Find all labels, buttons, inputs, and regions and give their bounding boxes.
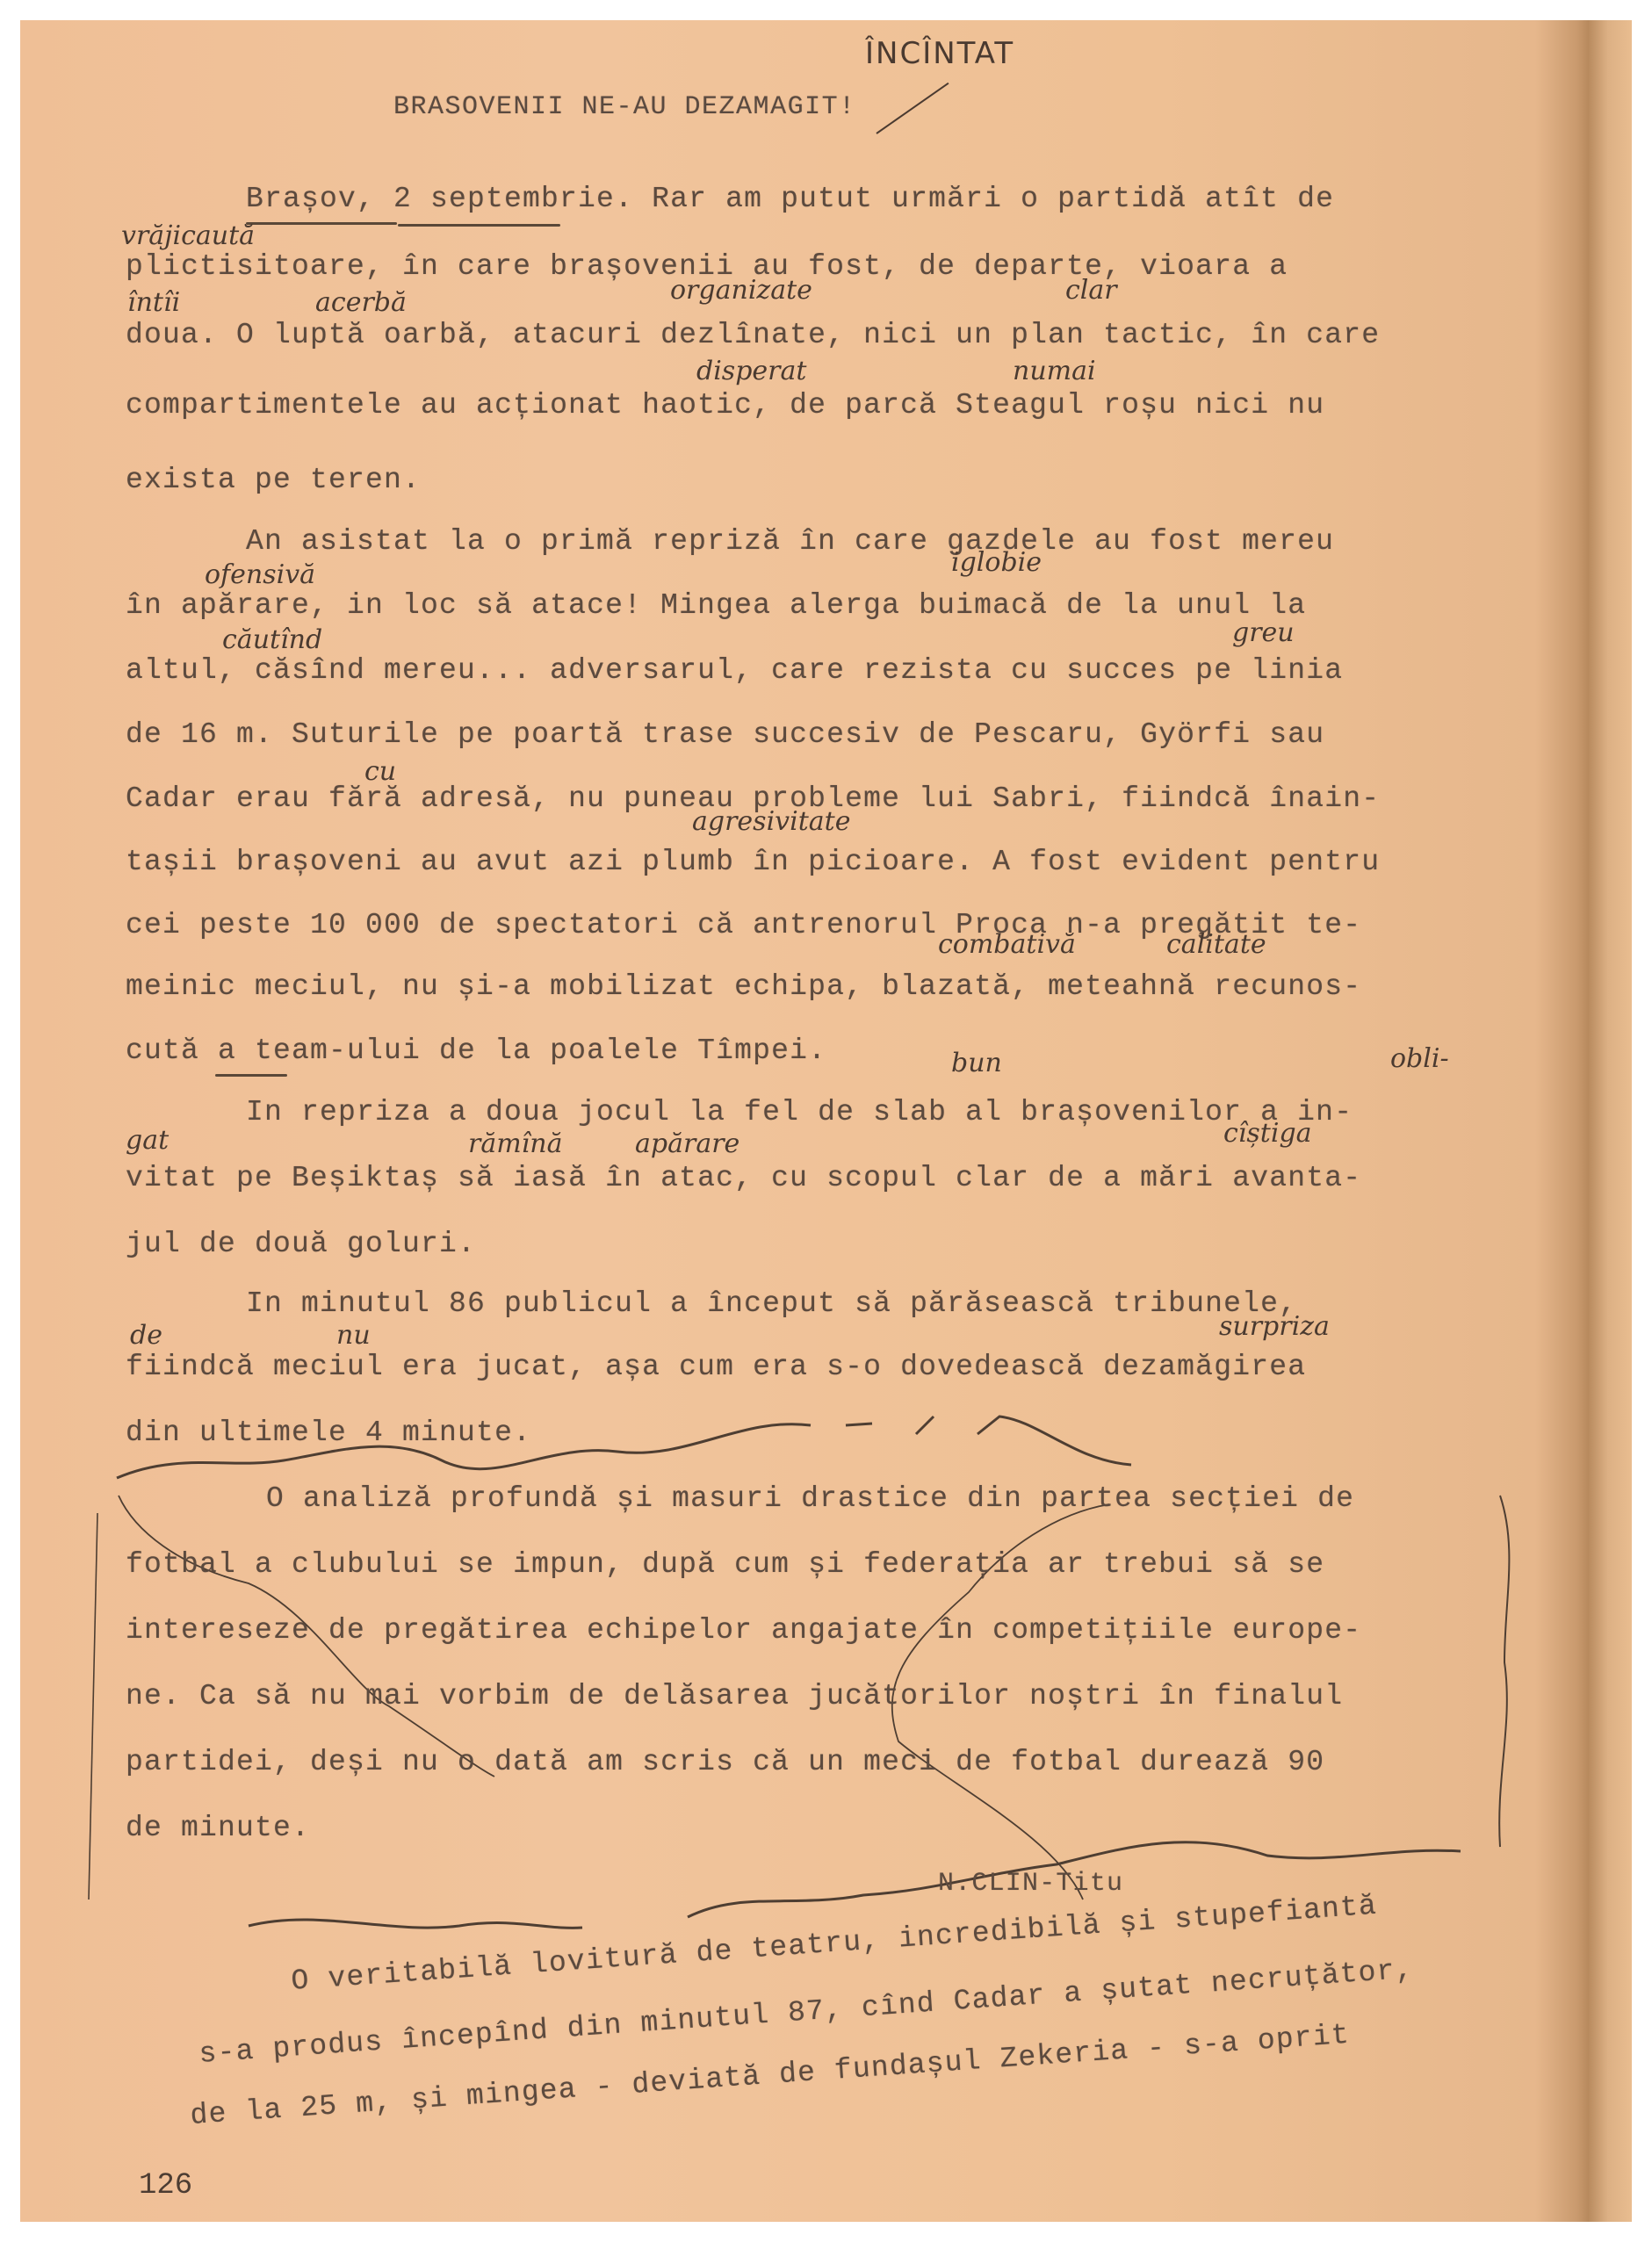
scanned-page: ÎNCÎNTAT BRASOVENII NE-AU DEZAMAGIT! Bra… [20,20,1632,2222]
boxed-line-2: fotbal a clubului se impun, după cum și … [126,1548,1324,1581]
boxed-line-4: ne. Ca să nu mai vorbim de delăsarea juc… [126,1680,1343,1712]
boxed-line-3: intereseze de pregătirea echipelor angaj… [126,1614,1361,1647]
boxed-line-5: partidei, deși nu o dată am scris că un … [126,1746,1324,1778]
author-byline: N.CLIN-Titu [938,1869,1123,1899]
boxed-line-1: O analiză profundă și masuri drastice di… [266,1482,1354,1515]
page-number: 126 [139,2169,192,2202]
boxed-line-6: de minute. [126,1812,310,1844]
handwritten-box-outline [20,20,1632,2222]
